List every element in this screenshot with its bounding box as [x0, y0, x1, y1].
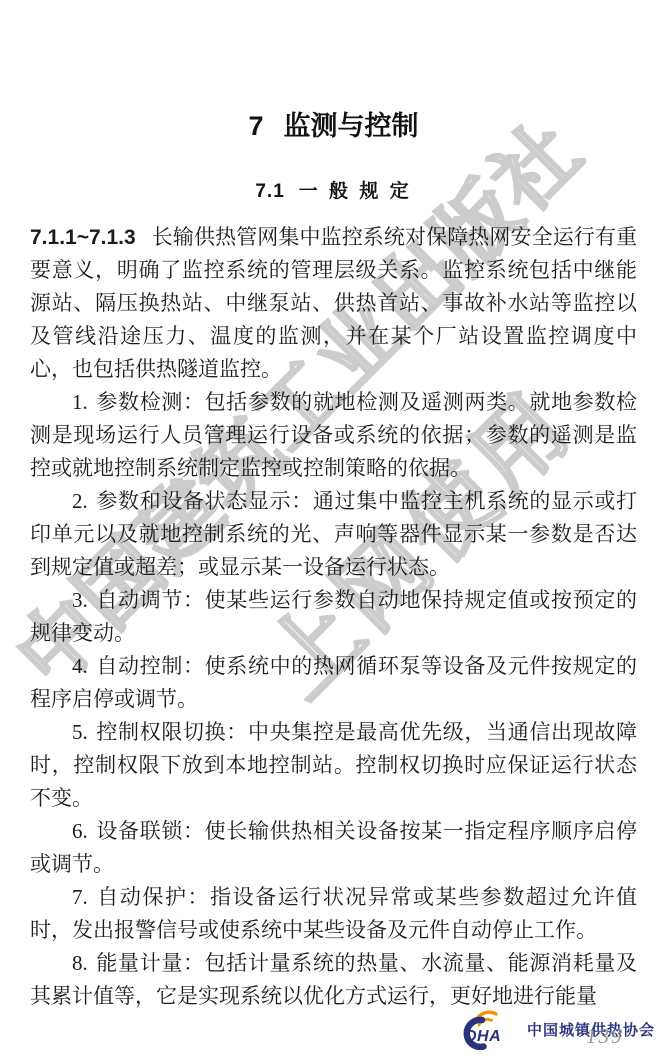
item-number: 5. — [72, 720, 88, 744]
section-number: 7.1 — [255, 181, 284, 202]
item-text: 参数和设备状态显示：通过集中监控主机系统的显示或打印单元以及就地控制系统的光、声… — [30, 489, 637, 579]
dha-logo-icon: DHA — [449, 1008, 523, 1050]
item-number: 8. — [72, 951, 88, 975]
list-item: 6.设备联锁：使长输供热相关设备按某一指定程序顺序启停或调节。 — [30, 815, 637, 881]
section-heading: 7.1一 般 规 定 — [0, 176, 667, 203]
clause-range-label: 7.1.1~7.1.3 — [30, 226, 136, 249]
item-number: 1. — [72, 390, 88, 414]
section-title: 一 般 规 定 — [299, 181, 412, 202]
list-item: 4.自动控制：使系统中的热网循环泵等设备及元件按规定的程序启停或调节。 — [30, 650, 637, 716]
item-text: 自动控制：使系统中的热网循环泵等设备及元件按规定的程序启停或调节。 — [30, 654, 637, 711]
chapter-title: 监测与控制 — [284, 111, 419, 141]
item-text: 设备联锁：使长输供热相关设备按某一指定程序顺序启停或调节。 — [30, 819, 637, 876]
item-text: 自动保护：指设备运行状况异常或某些参数超过允许值时，发出报警信号或使系统中某些设… — [30, 885, 637, 942]
list-item: 5.控制权限切换：中央集控是最高优先级，当通信出现故障时，控制权限下放到本地控制… — [30, 716, 637, 815]
intro-paragraph: 7.1.1~7.1.3长输供热管网集中监控系统对保障热网安全运行有重要意义，明确… — [30, 221, 637, 386]
item-number: 7. — [72, 885, 88, 909]
list-item: 8.能量计量：包括计量系统的热量、水流量、能源消耗量及其累计值等，它是实现系统以… — [30, 947, 637, 1013]
list-item: 2.参数和设备状态显示：通过集中监控主机系统的显示或打印单元以及就地控制系统的光… — [30, 485, 637, 584]
item-number: 4. — [72, 654, 88, 678]
item-text: 控制权限切换：中央集控是最高优先级，当通信出现故障时，控制权限下放到本地控制站。… — [30, 720, 637, 810]
logo-acronym: DHA — [465, 1028, 501, 1045]
item-number: 2. — [72, 489, 88, 513]
chapter-heading: 7监测与控制 — [0, 104, 667, 143]
item-number: 6. — [72, 819, 88, 843]
list-item: 3.自动调节：使某些运行参数自动地保持规定值或按预定的规律变动。 — [30, 584, 637, 650]
item-text: 能量计量：包括计量系统的热量、水流量、能源消耗量及其累计值等，它是实现系统以优化… — [30, 951, 637, 1008]
footer: DHA 中国城镇供热协会 — [449, 1006, 655, 1052]
item-text: 参数检测：包括参数的就地检测及遥测两类。就地参数检测是现场运行人员管理运行设备或… — [30, 390, 637, 480]
chapter-number: 7 — [248, 111, 263, 141]
page-number: 139 — [586, 1024, 624, 1049]
item-number: 3. — [72, 588, 88, 612]
body-text: 7.1.1~7.1.3长输供热管网集中监控系统对保障热网安全运行有重要意义，明确… — [30, 221, 637, 1013]
list-item: 1.参数检测：包括参数的就地检测及遥测两类。就地参数检测是现场运行人员管理运行设… — [30, 386, 637, 485]
item-text: 自动调节：使某些运行参数自动地保持规定值或按预定的规律变动。 — [30, 588, 637, 645]
document-page: 中国建筑工业出版社 上网使用 7监测与控制 7.1一 般 规 定 7.1.1~7… — [0, 0, 667, 1058]
list-item: 7.自动保护：指设备运行状况异常或某些参数超过允许值时，发出报警信号或使系统中某… — [30, 881, 637, 947]
